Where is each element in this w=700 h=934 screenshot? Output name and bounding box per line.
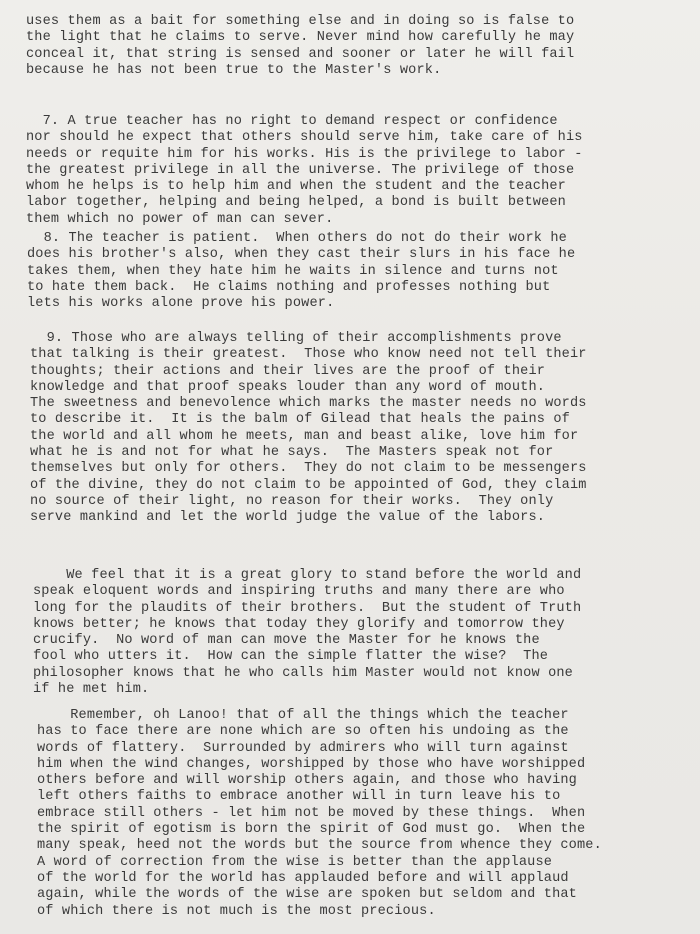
text-line: them which no power of man can sever. bbox=[26, 212, 583, 228]
text-line: embrace still others - let him not be mo… bbox=[37, 806, 602, 822]
text-line: takes them, when they hate him he waits … bbox=[27, 264, 575, 280]
text-line: themselves but only for others. They do … bbox=[30, 461, 587, 477]
text-line: again, while the words of the wise are s… bbox=[37, 887, 602, 903]
text-line: conceal it, that string is sensed and so… bbox=[26, 47, 574, 63]
text-line: labor together, helping and being helped… bbox=[26, 195, 583, 211]
text-line: fool who utters it. How can the simple f… bbox=[33, 649, 581, 665]
text-line: knowledge and that proof speaks louder t… bbox=[30, 380, 587, 396]
text-line: the greatest privilege in all the univer… bbox=[26, 163, 583, 179]
text-line: Remember, oh Lanoo! that of all the thin… bbox=[37, 708, 602, 724]
text-line: needs or requite him for his works. His … bbox=[26, 147, 583, 163]
text-line: of which there is not much is the most p… bbox=[37, 904, 602, 920]
text-line: 8. The teacher is patient. When others d… bbox=[27, 231, 575, 247]
text-line: has to face there are none which are so … bbox=[37, 724, 602, 740]
text-line: 9. Those who are always telling of their… bbox=[30, 331, 587, 347]
text-line: long for the plaudits of their brothers.… bbox=[33, 601, 581, 617]
typewritten-page: uses them as a bait for something else a… bbox=[0, 0, 700, 934]
text-line: crucify. No word of man can move the Mas… bbox=[33, 633, 581, 649]
text-line: him when the wind changes, worshipped by… bbox=[37, 757, 602, 773]
text-line: because he has not been true to the Mast… bbox=[26, 63, 574, 79]
text-line: thoughts; their actions and their lives … bbox=[30, 364, 587, 380]
text-line: what he is and not for what he says. The… bbox=[30, 445, 587, 461]
text-line: We feel that it is a great glory to stan… bbox=[33, 568, 581, 584]
paragraph-point-8: 8. The teacher is patient. When others d… bbox=[27, 231, 575, 312]
text-line: if he met him. bbox=[33, 682, 581, 698]
text-line: others before and will worship others ag… bbox=[37, 773, 602, 789]
paragraph-we-feel: We feel that it is a great glory to stan… bbox=[33, 568, 581, 698]
text-line: left others faiths to embrace another wi… bbox=[37, 789, 602, 805]
paragraph-remember: Remember, oh Lanoo! that of all the thin… bbox=[37, 708, 602, 920]
text-line: nor should he expect that others should … bbox=[26, 130, 583, 146]
text-line: uses them as a bait for something else a… bbox=[26, 14, 574, 30]
text-line: A word of correction from the wise is be… bbox=[37, 855, 602, 871]
text-line: lets his works alone prove his power. bbox=[27, 296, 575, 312]
text-line: to describe it. It is the balm of Gilead… bbox=[30, 412, 587, 428]
text-line: no source of their light, no reason for … bbox=[30, 494, 587, 510]
text-line: the light that he claims to serve. Never… bbox=[26, 30, 574, 46]
paragraph-point-9: 9. Those who are always telling of their… bbox=[30, 331, 587, 527]
text-line: whom he helps is to help him and when th… bbox=[26, 179, 583, 195]
text-line: of the world for the world has applauded… bbox=[37, 871, 602, 887]
text-line: to hate them back. He claims nothing and… bbox=[27, 280, 575, 296]
text-line: the world and all whom he meets, man and… bbox=[30, 429, 587, 445]
text-line: many speak, heed not the words but the s… bbox=[37, 838, 602, 854]
text-line: 7. A true teacher has no right to demand… bbox=[26, 114, 583, 130]
text-line: The sweetness and benevolence which mark… bbox=[30, 396, 587, 412]
text-line: knows better; he knows that today they g… bbox=[33, 617, 581, 633]
text-line: philosopher knows that he who calls him … bbox=[33, 666, 581, 682]
text-line: words of flattery. Surrounded by admirer… bbox=[37, 741, 602, 757]
paragraph-point-7: 7. A true teacher has no right to demand… bbox=[26, 114, 583, 228]
text-line: the spirit of egotism is born the spirit… bbox=[37, 822, 602, 838]
text-line: does his brother's also, when they cast … bbox=[27, 247, 575, 263]
text-line: serve mankind and let the world judge th… bbox=[30, 510, 587, 526]
text-line: that talking is their greatest. Those wh… bbox=[30, 347, 587, 363]
text-line: of the divine, they do not claim to be a… bbox=[30, 478, 587, 494]
text-line: speak eloquent words and inspiring truth… bbox=[33, 584, 581, 600]
paragraph-intro: uses them as a bait for something else a… bbox=[26, 14, 574, 79]
